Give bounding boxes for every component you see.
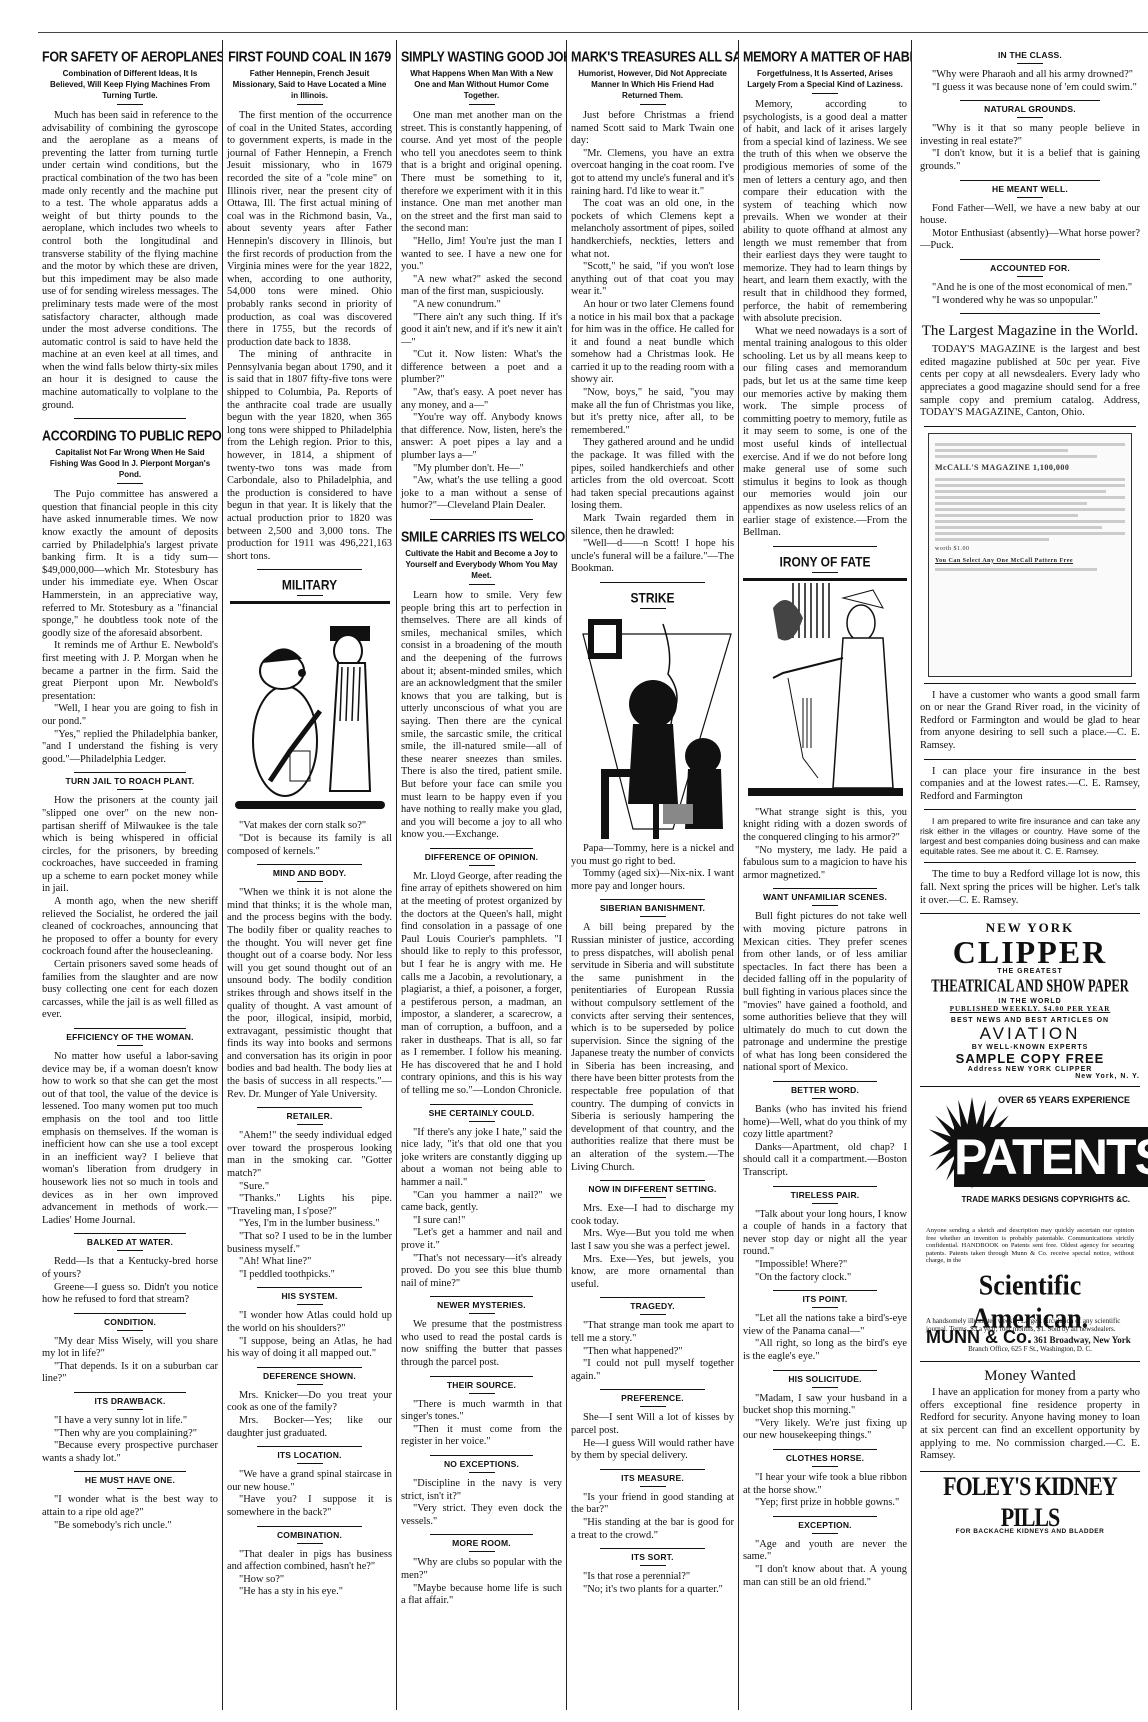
paragraph: An hour or two later Clemens found a not…	[571, 299, 734, 387]
subhead: ITS MEASURE.	[571, 1473, 734, 1483]
paragraph: "We have a grand spinal staircase in our…	[227, 1469, 392, 1494]
clipper-line: SAMPLE COPY FREE	[920, 1051, 1140, 1066]
divider	[960, 313, 1101, 314]
divider	[773, 1370, 878, 1371]
paragraph: "Age and youth are never the same."	[743, 1539, 907, 1564]
divider	[117, 1409, 143, 1410]
divider	[430, 519, 533, 520]
paragraph: "Maybe because home life is such a flat …	[401, 1583, 562, 1608]
subhead: RETAILER.	[227, 1111, 392, 1121]
paragraph: Danks—Apartment, old chap? I should call…	[743, 1142, 907, 1180]
paragraph: "Discipline in the navy is very strict, …	[401, 1478, 562, 1503]
subhead: NOW IN DIFFERENT SETTING.	[571, 1184, 734, 1194]
subhead: CLOTHES HORSE.	[743, 1453, 907, 1463]
paragraph: "Aw, what's the use telling a good joke …	[401, 475, 562, 513]
divider	[924, 759, 1136, 760]
subhead: PREFERENCE.	[571, 1393, 734, 1403]
divider	[640, 1406, 666, 1407]
divider	[812, 905, 838, 906]
paragraph: "Well, I hear you are going to fish in o…	[42, 703, 218, 728]
paragraph: "You're way off. Anybody knows that diff…	[401, 412, 562, 462]
subhead: MIND AND BODY.	[227, 868, 392, 878]
divider	[924, 426, 1136, 427]
cartoon-caption: "Dot is because its family is all compos…	[227, 833, 392, 858]
subhead: EXCEPTION.	[743, 1520, 907, 1530]
divider	[74, 418, 187, 419]
paragraph: They gathered around and he undid the pa…	[571, 437, 734, 513]
divider	[600, 582, 704, 583]
divider	[297, 881, 323, 882]
headline: FOR SAFETY OF AEROPLANES	[42, 49, 218, 65]
subhead: TIRELESS PAIR.	[743, 1190, 907, 1200]
subhead: ITS DRAWBACK.	[42, 1396, 218, 1406]
paragraph: Just before Christmas a friend named Sco…	[571, 110, 734, 148]
subhead: THEIR SOURCE.	[401, 1380, 562, 1390]
newspaper-page: FOR SAFETY OF AEROPLANES Combination of …	[38, 40, 1148, 1710]
paragraph: Memory, according to psychologists, is a…	[743, 99, 907, 326]
divider	[117, 1488, 143, 1489]
paragraph: "I don't know about that. A young man ca…	[743, 1564, 907, 1589]
divider	[773, 888, 878, 889]
paragraph: "Madam, I saw your husband in a bucket s…	[743, 1393, 907, 1418]
headline: SMILE CARRIES ITS WELCOME	[401, 529, 562, 545]
subhead: TRAGEDY.	[571, 1301, 734, 1311]
headline: ACCORDING TO PUBLIC REPORT	[42, 428, 218, 444]
subhead: SIBERIAN BANISHMENT.	[571, 903, 734, 913]
paragraph: "Then what happened?"	[571, 1346, 734, 1359]
foley-title: FOLEY'S KIDNEY PILLS	[920, 1471, 1140, 1533]
paragraph: "My plumber don't. He—"	[401, 463, 562, 476]
paragraph: "A new conundrum."	[401, 299, 562, 312]
paragraph: "Scott," he said, "if you won't lose any…	[571, 261, 734, 299]
paragraph: What we need nowadays is a sort of menta…	[743, 326, 907, 540]
paragraph: "Have you? I suppose it is somewhere in …	[227, 1494, 392, 1519]
divider	[600, 1180, 704, 1181]
paragraph: "Ahem!" the seedy individual edged over …	[227, 1130, 392, 1180]
paragraph: "Aw, that's easy. A poet never has any m…	[401, 387, 562, 412]
divider	[1017, 63, 1043, 64]
divider	[257, 1526, 363, 1527]
paragraph: "Now, boys," he said, "you may make all …	[571, 387, 734, 437]
paragraph: The mining of anthracite in Pennsylvania…	[227, 349, 392, 563]
paragraph: "Yes," replied the Philadelphia banker, …	[42, 729, 218, 767]
paragraph: "How so?"	[227, 1574, 392, 1587]
paragraph: "All right, so long as the bird's eye is…	[743, 1338, 907, 1363]
divider	[773, 1290, 878, 1291]
divider	[1017, 117, 1043, 118]
patents-trademarks: TRADE MARKS DESIGNS COPYRIGHTS &C.	[962, 1195, 1130, 1205]
divider	[600, 1548, 704, 1549]
paragraph: "I have a very sunny lot in life."	[42, 1415, 218, 1428]
clipper-line: BY WELL-KNOWN EXPERTS	[920, 1044, 1140, 1051]
paragraph: "That dealer in pigs has business and af…	[227, 1549, 392, 1574]
paragraph: "Then it must come from the register in …	[401, 1424, 562, 1449]
divider	[74, 772, 187, 773]
divider	[640, 916, 666, 917]
paragraph: Mrs. Wye—But you told me when last I saw…	[571, 1228, 734, 1253]
paragraph: A month ago, when the new sheriff reliev…	[42, 896, 218, 959]
paragraph: "Yes, I'm in the lumber business."	[227, 1218, 392, 1231]
divider	[430, 1376, 533, 1377]
cartoon-caption: "No mystery, me lady. He paid a fabulous…	[743, 845, 907, 883]
paragraph: "Be somebody's rich uncle."	[42, 1520, 218, 1533]
paragraph: Certain prisoners saved some heads of fa…	[42, 959, 218, 1022]
subhead: BETTER WORD.	[743, 1085, 907, 1095]
paragraph: "That's not necessary—it's already prove…	[401, 1253, 562, 1291]
paragraph: Bull fight pictures do not take well wit…	[743, 911, 907, 1075]
paragraph: "Let all the nations take a bird's-eye v…	[743, 1313, 907, 1338]
divider	[257, 1107, 363, 1108]
paragraph: "Very likely. We're just fixing up our n…	[743, 1418, 907, 1443]
subhead: ITS LOCATION.	[227, 1450, 392, 1460]
divider	[74, 1392, 187, 1393]
deck: Forgetfulness, It Is Asserted, Arises La…	[747, 68, 903, 90]
irony-of-fate-illustration	[743, 578, 907, 803]
paragraph: "On the factory clock."	[743, 1272, 907, 1285]
paragraph: She—I sent Will a lot of kisses by parce…	[571, 1412, 734, 1437]
patents-experience: OVER 65 YEARS EXPERIENCE	[998, 1095, 1130, 1105]
divider	[773, 1449, 878, 1450]
subhead: HE MEANT WELL.	[920, 184, 1140, 194]
divider	[117, 789, 143, 790]
mccalls-circulation: 1,100,000	[1033, 463, 1070, 472]
clipper-line: Address NEW YORK CLIPPER	[920, 1066, 1140, 1073]
paragraph: "Because every prospective purchaser wan…	[42, 1440, 218, 1465]
deck: Capitalist Not Far Wrong When He Said Fi…	[46, 447, 214, 480]
paragraph: Much has been said in reference to the a…	[42, 110, 218, 412]
paragraph: "I peddled toothpicks."	[227, 1269, 392, 1282]
paragraph: Greene—I guess so. Didn't you notice how…	[42, 1282, 218, 1307]
divider	[640, 1565, 666, 1566]
divider	[469, 1472, 495, 1473]
divider	[297, 1304, 323, 1305]
divider	[297, 104, 323, 105]
paragraph: "I wonder how Atlas could hold up the wo…	[227, 1310, 392, 1335]
subhead: ITS SORT.	[571, 1552, 734, 1562]
divider	[74, 1471, 187, 1472]
divider	[469, 1551, 495, 1552]
deck: Combination of Different Ideas, It Is Be…	[46, 68, 214, 101]
paragraph: "I suppose, being an Atlas, he had his w…	[227, 1336, 392, 1361]
divider	[297, 1543, 323, 1544]
subhead: IN THE CLASS.	[920, 50, 1140, 60]
headline: FIRST FOUND COAL IN 1679	[227, 49, 392, 65]
paragraph: "If there's any joke I hate," said the n…	[401, 1127, 562, 1190]
paragraph: "A new what?" asked the second man of th…	[401, 274, 562, 299]
paragraph: "His standing at the bar is good for a t…	[571, 1517, 734, 1542]
deck: Father Hennepin, French Jesuit Missionar…	[231, 68, 388, 101]
subhead: DIFFERENCE OF OPINION.	[401, 852, 562, 862]
paragraph: "I could not pull myself together again.…	[571, 1358, 734, 1383]
divider	[812, 1203, 838, 1204]
subhead: COMBINATION.	[227, 1530, 392, 1540]
divider	[812, 1098, 838, 1099]
clipper-title: CLIPPER	[920, 936, 1140, 968]
column-1: FOR SAFETY OF AEROPLANES Combination of …	[38, 40, 222, 1710]
paragraph: "My dear Miss Wisely, will you share my …	[42, 1336, 218, 1361]
paragraph: "Talk about your long hours, I know a co…	[743, 1209, 907, 1259]
divider	[1017, 276, 1043, 277]
divider	[640, 104, 666, 105]
clipper-line: IN THE WORLD	[920, 998, 1140, 1005]
strike-silhouette-illustration	[573, 614, 733, 839]
paragraph: One man met another man on the street. T…	[401, 110, 562, 236]
patents-footer: A handsomely illustrated weekly. Largest…	[926, 1317, 1134, 1353]
cartoon-title: STRIKE	[571, 590, 734, 606]
subhead: HE MUST HAVE ONE.	[42, 1475, 218, 1485]
divider	[773, 1516, 878, 1517]
clipper-line: THEATRICAL AND SHOW PAPER	[920, 976, 1140, 997]
divider	[469, 865, 495, 866]
paragraph: "There ain't any such thing. If it's goo…	[401, 312, 562, 350]
subhead: SHE CERTAINLY COULD.	[401, 1108, 562, 1118]
clipper-line: PUBLISHED WEEKLY. $4.00 PER YEAR	[920, 1005, 1140, 1013]
money-wanted-ad: Money Wanted I have an application for m…	[920, 1361, 1140, 1463]
paragraph: "Can you hammer a nail?" we came back, g…	[401, 1190, 562, 1215]
foleys-kidney-pills-ad: FOLEY'S KIDNEY PILLS FOR BACKACHE KIDNEY…	[920, 1471, 1140, 1535]
paragraph: Mark Twain regarded them in silence, the…	[571, 513, 734, 538]
divider	[469, 584, 495, 585]
paragraph: "Mr. Clemens, you have an extra overcoat…	[571, 148, 734, 198]
divider	[430, 1296, 533, 1297]
paragraph: "Well—d——n Scott! I hope his uncle's fun…	[571, 538, 734, 576]
divider	[297, 1124, 323, 1125]
magazine-ad-title: The Largest Magazine in the World.	[920, 322, 1140, 340]
paragraph: The coat was an old one, in the pockets …	[571, 198, 734, 261]
divider	[430, 1534, 533, 1535]
divider	[257, 1287, 363, 1288]
deck: What Happens When Man With a New One and…	[405, 68, 558, 101]
paragraph: "Why is it that so many people believe i…	[920, 123, 1140, 148]
mccalls-ad: McCALL'S MAGAZINE 1,100,000 worth $1.00 …	[928, 433, 1132, 677]
divider	[600, 1469, 704, 1470]
subhead: MORE ROOM.	[401, 1538, 562, 1548]
patents-title: PATENTS	[954, 1127, 1148, 1187]
column-3: SIMPLY WASTING GOOD JOKE What Happens Wh…	[397, 40, 566, 1710]
divider	[600, 1297, 704, 1298]
divider	[297, 1384, 323, 1385]
subhead: NATURAL GROUNDS.	[920, 104, 1140, 114]
cartoon-caption: "What strange sight is this, you knight …	[743, 807, 907, 845]
paragraph: "Sure."	[227, 1181, 392, 1194]
paragraph: Mrs. Exe—I had to discharge my cook toda…	[571, 1203, 734, 1228]
paragraph: "I wondered why he was so unpopular."	[920, 295, 1140, 308]
divider	[960, 100, 1101, 101]
subhead: ACCOUNTED FOR.	[920, 263, 1140, 273]
military-cartoon-illustration	[230, 601, 390, 816]
divider	[430, 1455, 533, 1456]
subhead: WANT UNFAMILIAR SCENES.	[743, 892, 907, 902]
divider	[430, 1104, 533, 1105]
paragraph: "Yep; first prize in hobble gowns."	[743, 1497, 907, 1510]
mccalls-price: worth $1.00	[935, 545, 1125, 553]
divider	[773, 546, 878, 547]
headline: SIMPLY WASTING GOOD JOKE	[401, 49, 562, 65]
divider	[297, 1463, 323, 1464]
divider	[430, 848, 533, 849]
money-wanted-body: I have an application for money from a p…	[920, 1387, 1140, 1463]
paragraph: "I sure can!"	[401, 1215, 562, 1228]
divider	[600, 1389, 704, 1390]
paragraph: Mrs. Bocker—Yes; like our daughter just …	[227, 1415, 392, 1440]
munn-address: 361 Broadway, New York	[1034, 1335, 1131, 1345]
divider	[117, 1330, 143, 1331]
new-york-clipper-ad: NEW YORK CLIPPER THE GREATEST THEATRICAL…	[920, 913, 1140, 1080]
deck: Cultivate the Habit and Become a Joy to …	[405, 548, 558, 581]
divider	[297, 595, 323, 596]
ramsey-ad: The time to buy a Redford village lot is…	[920, 869, 1140, 907]
magazine-ad-body: TODAY'S MAGAZINE is the largest and best…	[920, 344, 1140, 420]
deck: Humorist, However, Did Not Appreciate Ma…	[575, 68, 730, 101]
ramsey-ad: I have a customer who wants a good small…	[920, 690, 1140, 753]
divider	[812, 1387, 838, 1388]
paragraph: "Is your friend in good standing at the …	[571, 1492, 734, 1517]
paragraph: A bill being prepared by the Russian min…	[571, 922, 734, 1174]
divider	[469, 1393, 495, 1394]
divider	[117, 1250, 143, 1251]
paragraph: Fond Father—Well, we have a new baby at …	[920, 203, 1140, 228]
paragraph: "I wonder what is the best way to attain…	[42, 1494, 218, 1519]
divider	[257, 1446, 363, 1447]
subhead: NO EXCEPTIONS.	[401, 1459, 562, 1469]
paragraph: Mr. Lloyd George, after reading the fine…	[401, 871, 562, 1098]
ramsey-ad: I can place your fire insurance in the b…	[920, 766, 1140, 804]
divider	[74, 1313, 187, 1314]
paragraph: "I hear your wife took a blue ribbon at …	[743, 1472, 907, 1497]
divider	[640, 1197, 666, 1198]
subhead: NEWER MYSTERIES.	[401, 1300, 562, 1310]
paragraph: "I don't know, but it is a belief that i…	[920, 148, 1140, 173]
subhead: TURN JAIL TO ROACH PLANT.	[42, 776, 218, 786]
paragraph: "Let's get a hammer and nail and prove i…	[401, 1227, 562, 1252]
divider	[469, 1121, 495, 1122]
subhead: BALKED AT WATER.	[42, 1237, 218, 1247]
paragraph: The Pujo committee has answered a questi…	[42, 489, 218, 640]
divider	[257, 1367, 363, 1368]
paragraph: It reminds me of Arthur E. Newbold's fir…	[42, 640, 218, 703]
paragraph: Mrs. Exe—Yes, but jewels, you know, are …	[571, 1254, 734, 1292]
paragraph: "He has a sty in his eye."	[227, 1586, 392, 1599]
cartoon-caption: Tommy (aged six)—Nix-nix. I want more pa…	[571, 868, 734, 893]
column-2: FIRST FOUND COAL IN 1679 Father Hennepin…	[223, 40, 396, 1710]
divider	[640, 1314, 666, 1315]
subhead: HIS SOLICITUDE.	[743, 1374, 907, 1384]
mccalls-footer: You Can Select Any One McCall Pattern Fr…	[935, 557, 1125, 565]
divider	[257, 864, 363, 865]
divider	[640, 1486, 666, 1487]
headline: MARK'S TREASURES ALL SAFE	[571, 49, 734, 65]
headline: MEMORY A MATTER OF HABIT	[743, 49, 907, 65]
divider	[257, 569, 363, 570]
subhead: ITS POINT.	[743, 1294, 907, 1304]
divider	[74, 1028, 187, 1029]
cartoon-caption: Papa—Tommy, here is a nickel and you mus…	[571, 843, 734, 868]
clipper-line: New York, N. Y.	[920, 1073, 1140, 1080]
divider	[960, 180, 1101, 181]
cartoon-title: IRONY OF FATE	[743, 554, 907, 570]
subhead: DEFERENCE SHOWN.	[227, 1371, 392, 1381]
column-4: MARK'S TREASURES ALL SAFE Humorist, Howe…	[567, 40, 738, 1710]
divider	[117, 104, 143, 105]
divider	[812, 93, 838, 94]
paragraph: "Ah! What line?"	[227, 1256, 392, 1269]
divider	[773, 1186, 878, 1187]
column-5: MEMORY A MATTER OF HABIT Forgetfulness, …	[739, 40, 911, 1710]
divider	[924, 809, 1136, 810]
divider	[74, 1233, 187, 1234]
subhead: EFFICIENCY OF THE WOMAN.	[42, 1032, 218, 1042]
paragraph: The first mention of the occurrence of c…	[227, 110, 392, 349]
paragraph: "Why were Pharaoh and all his army drown…	[920, 69, 1140, 82]
column-6: IN THE CLASS. "Why were Pharaoh and all …	[912, 40, 1148, 1710]
paragraph: How the prisoners at the county jail "sl…	[42, 795, 218, 896]
divider	[960, 259, 1101, 260]
paragraph: "Impossible! Where?"	[743, 1259, 907, 1272]
divider	[117, 483, 143, 484]
paragraph: "Then why are you complaining?"	[42, 1428, 218, 1441]
divider	[812, 1533, 838, 1534]
paragraph: "Hello, Jim! You're just the man I wante…	[401, 236, 562, 274]
paragraph: "And he is one of the most economical of…	[920, 282, 1140, 295]
clipper-line: BEST NEWS AND BEST ARTICLES ON	[920, 1017, 1140, 1024]
divider	[924, 862, 1136, 863]
divider	[812, 1307, 838, 1308]
divider	[600, 899, 704, 900]
paragraph: "That so? I used to be in the lumber bus…	[227, 1231, 392, 1256]
paragraph: "Is that rose a perennial?"	[571, 1571, 734, 1584]
paragraph: Redd—Is that a Kentucky-bred horse of yo…	[42, 1256, 218, 1281]
money-wanted-title: Money Wanted	[920, 1368, 1140, 1385]
paragraph: "Thanks." Lights his pipe. "Traveling ma…	[227, 1193, 392, 1218]
paragraph: "Why are clubs so popular with the men?"	[401, 1557, 562, 1582]
cartoon-title: MILITARY	[227, 577, 392, 593]
paragraph: "That strange man took me apart to tell …	[571, 1320, 734, 1345]
patents-ad: OVER 65 YEARS EXPERIENCE PATENTS TRADE M…	[920, 1086, 1140, 1361]
paragraph: "There is much warmth in that singer's t…	[401, 1399, 562, 1424]
divider	[924, 683, 1136, 684]
divider	[773, 1081, 878, 1082]
paragraph: He—I guess Will would rather have by the…	[571, 1438, 734, 1463]
subhead: CONDITION.	[42, 1317, 218, 1327]
paragraph: "No; it's two plants for a quarter."	[571, 1584, 734, 1597]
paragraph: Banks (who has invited his friend home)—…	[743, 1104, 907, 1142]
divider	[117, 1045, 143, 1046]
paragraph: "When we think it is not alone the mind …	[227, 887, 392, 1101]
paragraph: Motor Enthusiast (absently)—What horse p…	[920, 228, 1140, 253]
ramsey-ad: I am prepared to write fire insurance an…	[920, 816, 1140, 856]
munn-firm: MUNN & Co.	[926, 1327, 1032, 1347]
subhead: HIS SYSTEM.	[227, 1291, 392, 1301]
divider	[640, 608, 666, 609]
top-rule	[38, 32, 1148, 33]
paragraph: "I guess it was because none of 'em coul…	[920, 82, 1140, 95]
patents-body: Anyone sending a sketch and description …	[926, 1227, 1134, 1265]
paragraph: No matter how useful a labor-saving devi…	[42, 1051, 218, 1227]
divider	[469, 1313, 495, 1314]
paragraph: "Cut it. Now listen: What's the differen…	[401, 349, 562, 387]
paragraph: We presume that the postmistress who use…	[401, 1319, 562, 1369]
paragraph: "That depends. Is it on a suburban car l…	[42, 1361, 218, 1386]
divider	[469, 104, 495, 105]
paragraph: Mrs. Knicker—Do you treat your cook as o…	[227, 1390, 392, 1415]
divider	[812, 572, 838, 573]
divider	[1017, 197, 1043, 198]
paragraph: Learn how to smile. Very few people brin…	[401, 590, 562, 842]
paragraph: "Very strict. They even dock the vessels…	[401, 1503, 562, 1528]
clipper-line: AVIATION	[920, 1024, 1140, 1044]
cartoon-caption: "Vat makes der corn stalk so?"	[227, 820, 392, 833]
divider	[812, 1466, 838, 1467]
